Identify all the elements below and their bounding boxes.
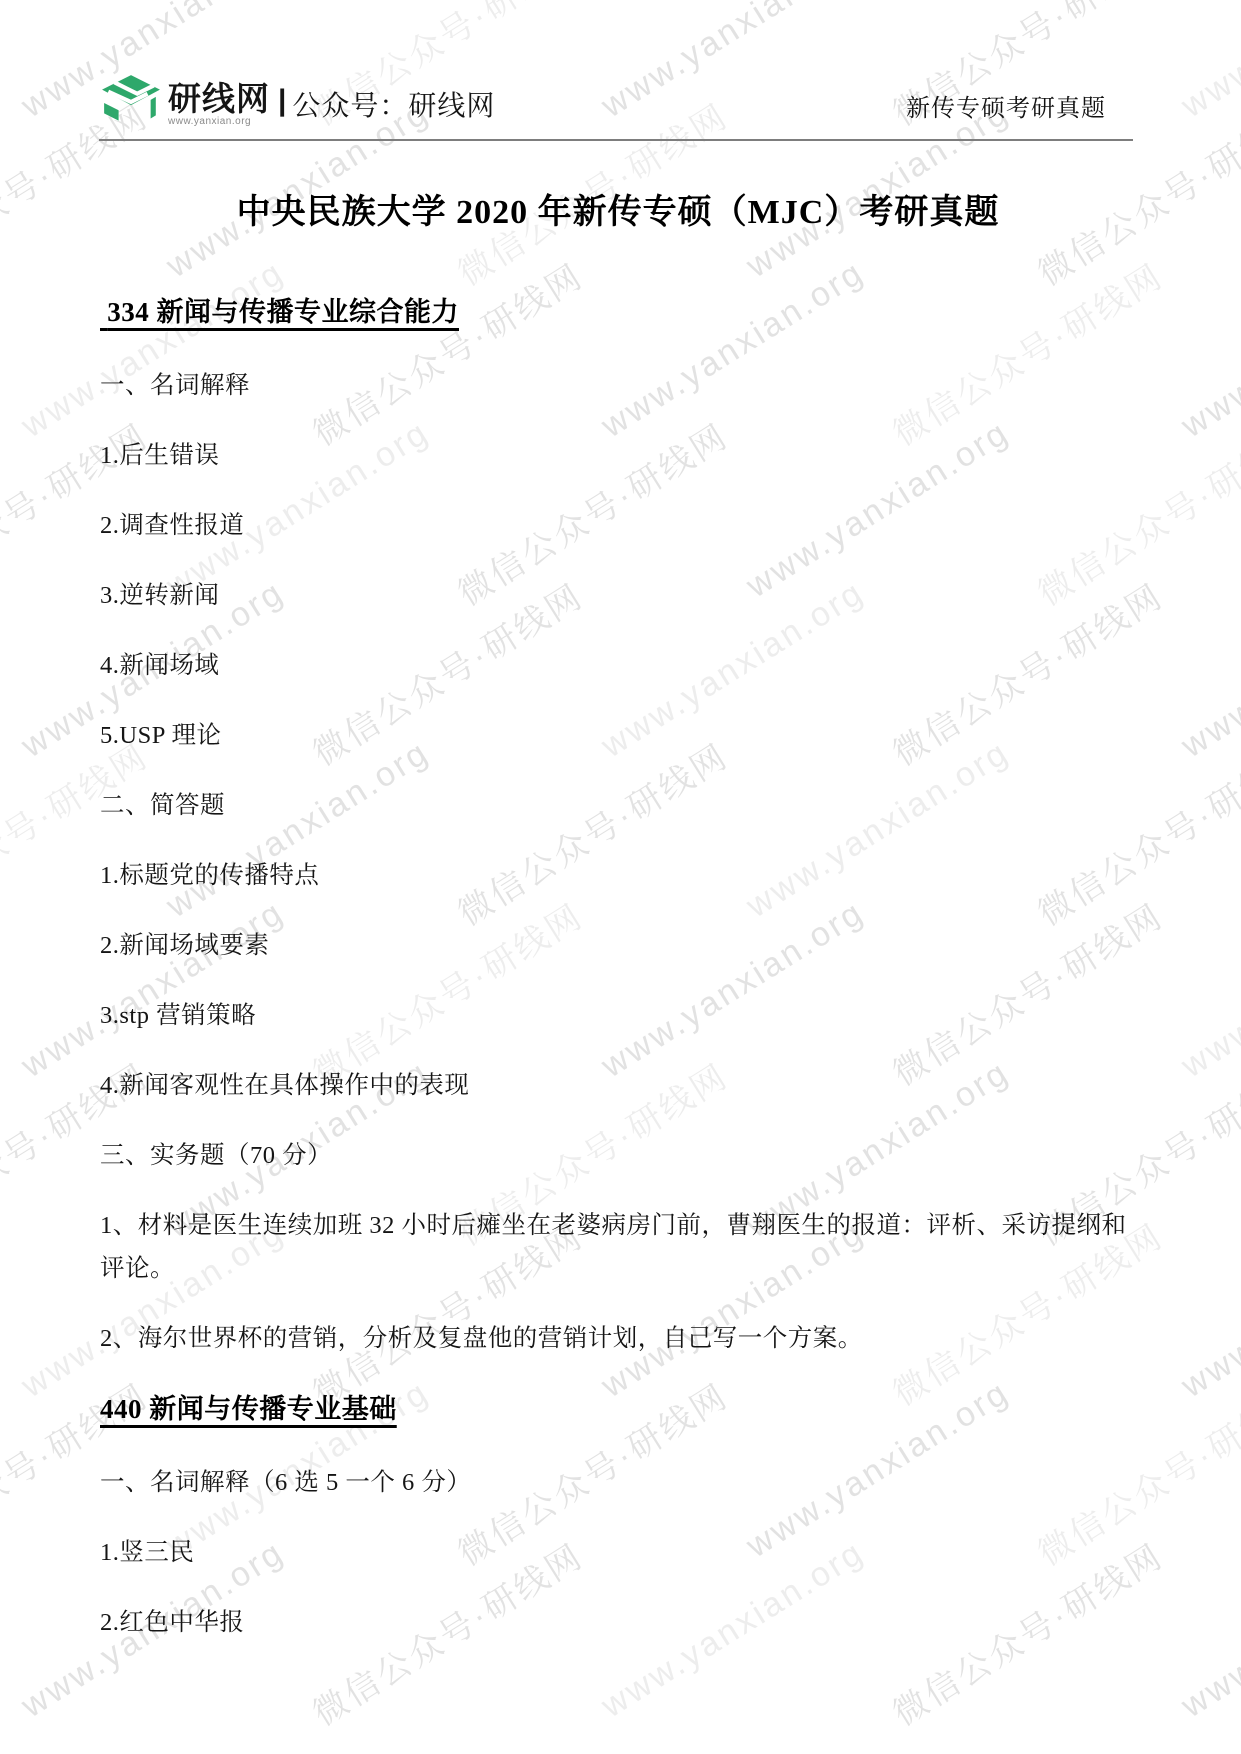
question-line: 1.后生错误 — [100, 434, 1138, 477]
watermark-text: www.yanxian.org — [1175, 893, 1241, 1086]
page-header: 研线网 www.yanxian.org | 公众号：研线网 新传专硕考研真题 — [100, 74, 1136, 130]
question-line: 1.标题党的传播特点 — [100, 854, 1138, 897]
section-heading: 334 新闻与传播专业综合能力 — [100, 290, 1138, 329]
question-line: 2.红色中华报 — [100, 1601, 1138, 1644]
document-page: 微信公众号·研线网www.yanxian.org微信公众号·研线网www.yan… — [0, 0, 1241, 1754]
section-heading: 440 新闻与传播专业基础 — [100, 1387, 1138, 1426]
question-line: 5.USP 理论 — [100, 714, 1138, 757]
yanxian-logo-icon — [100, 74, 162, 130]
brand-url: www.yanxian.org — [168, 117, 270, 127]
question-line: 1.竖三民 — [100, 1531, 1138, 1574]
document-body: 334 新闻与传播专业综合能力一、名词解释1.后生错误2.调查性报道3.逆转新闻… — [100, 290, 1138, 1671]
question-line: 2.调查性报道 — [100, 504, 1138, 547]
header-right-title: 新传专硕考研真题 — [906, 88, 1136, 123]
watermark-text: www.yanxian.org — [1175, 253, 1241, 446]
question-line: 1、材料是医生连续加班 32 小时后瘫坐在老婆病房门前，曹翔医生的报道：评析、采… — [100, 1204, 1138, 1290]
brand-name: 研线网 — [168, 82, 270, 115]
question-line: 3.stp 营销策略 — [100, 994, 1138, 1037]
question-line: 3.逆转新闻 — [100, 574, 1138, 617]
watermark-text: www.yanxian.org — [1175, 1213, 1241, 1406]
question-line: 2、海尔世界杯的营销，分析及复盘他的营销计划，自己写一个方案。 — [100, 1317, 1138, 1360]
question-line: 三、实务题（70 分） — [100, 1134, 1138, 1177]
question-line: 4.新闻场域 — [100, 644, 1138, 687]
page-title: 中央民族大学 2020 年新传专硕（MJC）考研真题 — [100, 184, 1136, 233]
question-line: 2.新闻场域要素 — [100, 924, 1138, 967]
question-line: 二、简答题 — [100, 784, 1138, 827]
question-line: 一、名词解释（6 选 5 一个 6 分） — [100, 1461, 1138, 1504]
question-line: 4.新闻客观性在具体操作中的表现 — [100, 1064, 1138, 1107]
logo: 研线网 www.yanxian.org | 公众号：研线网 — [100, 74, 495, 130]
wechat-account-label: 公众号：研线网 — [292, 84, 495, 124]
watermark-text: www.yanxian.org — [1175, 0, 1241, 126]
logo-separator: | — [278, 84, 286, 118]
header-divider — [99, 139, 1133, 141]
watermark-text: www.yanxian.org — [1175, 573, 1241, 766]
watermark-text: www.yanxian.org — [1175, 1533, 1241, 1726]
question-line: 一、名词解释 — [100, 364, 1138, 407]
logo-text-block: 研线网 www.yanxian.org — [168, 74, 270, 127]
